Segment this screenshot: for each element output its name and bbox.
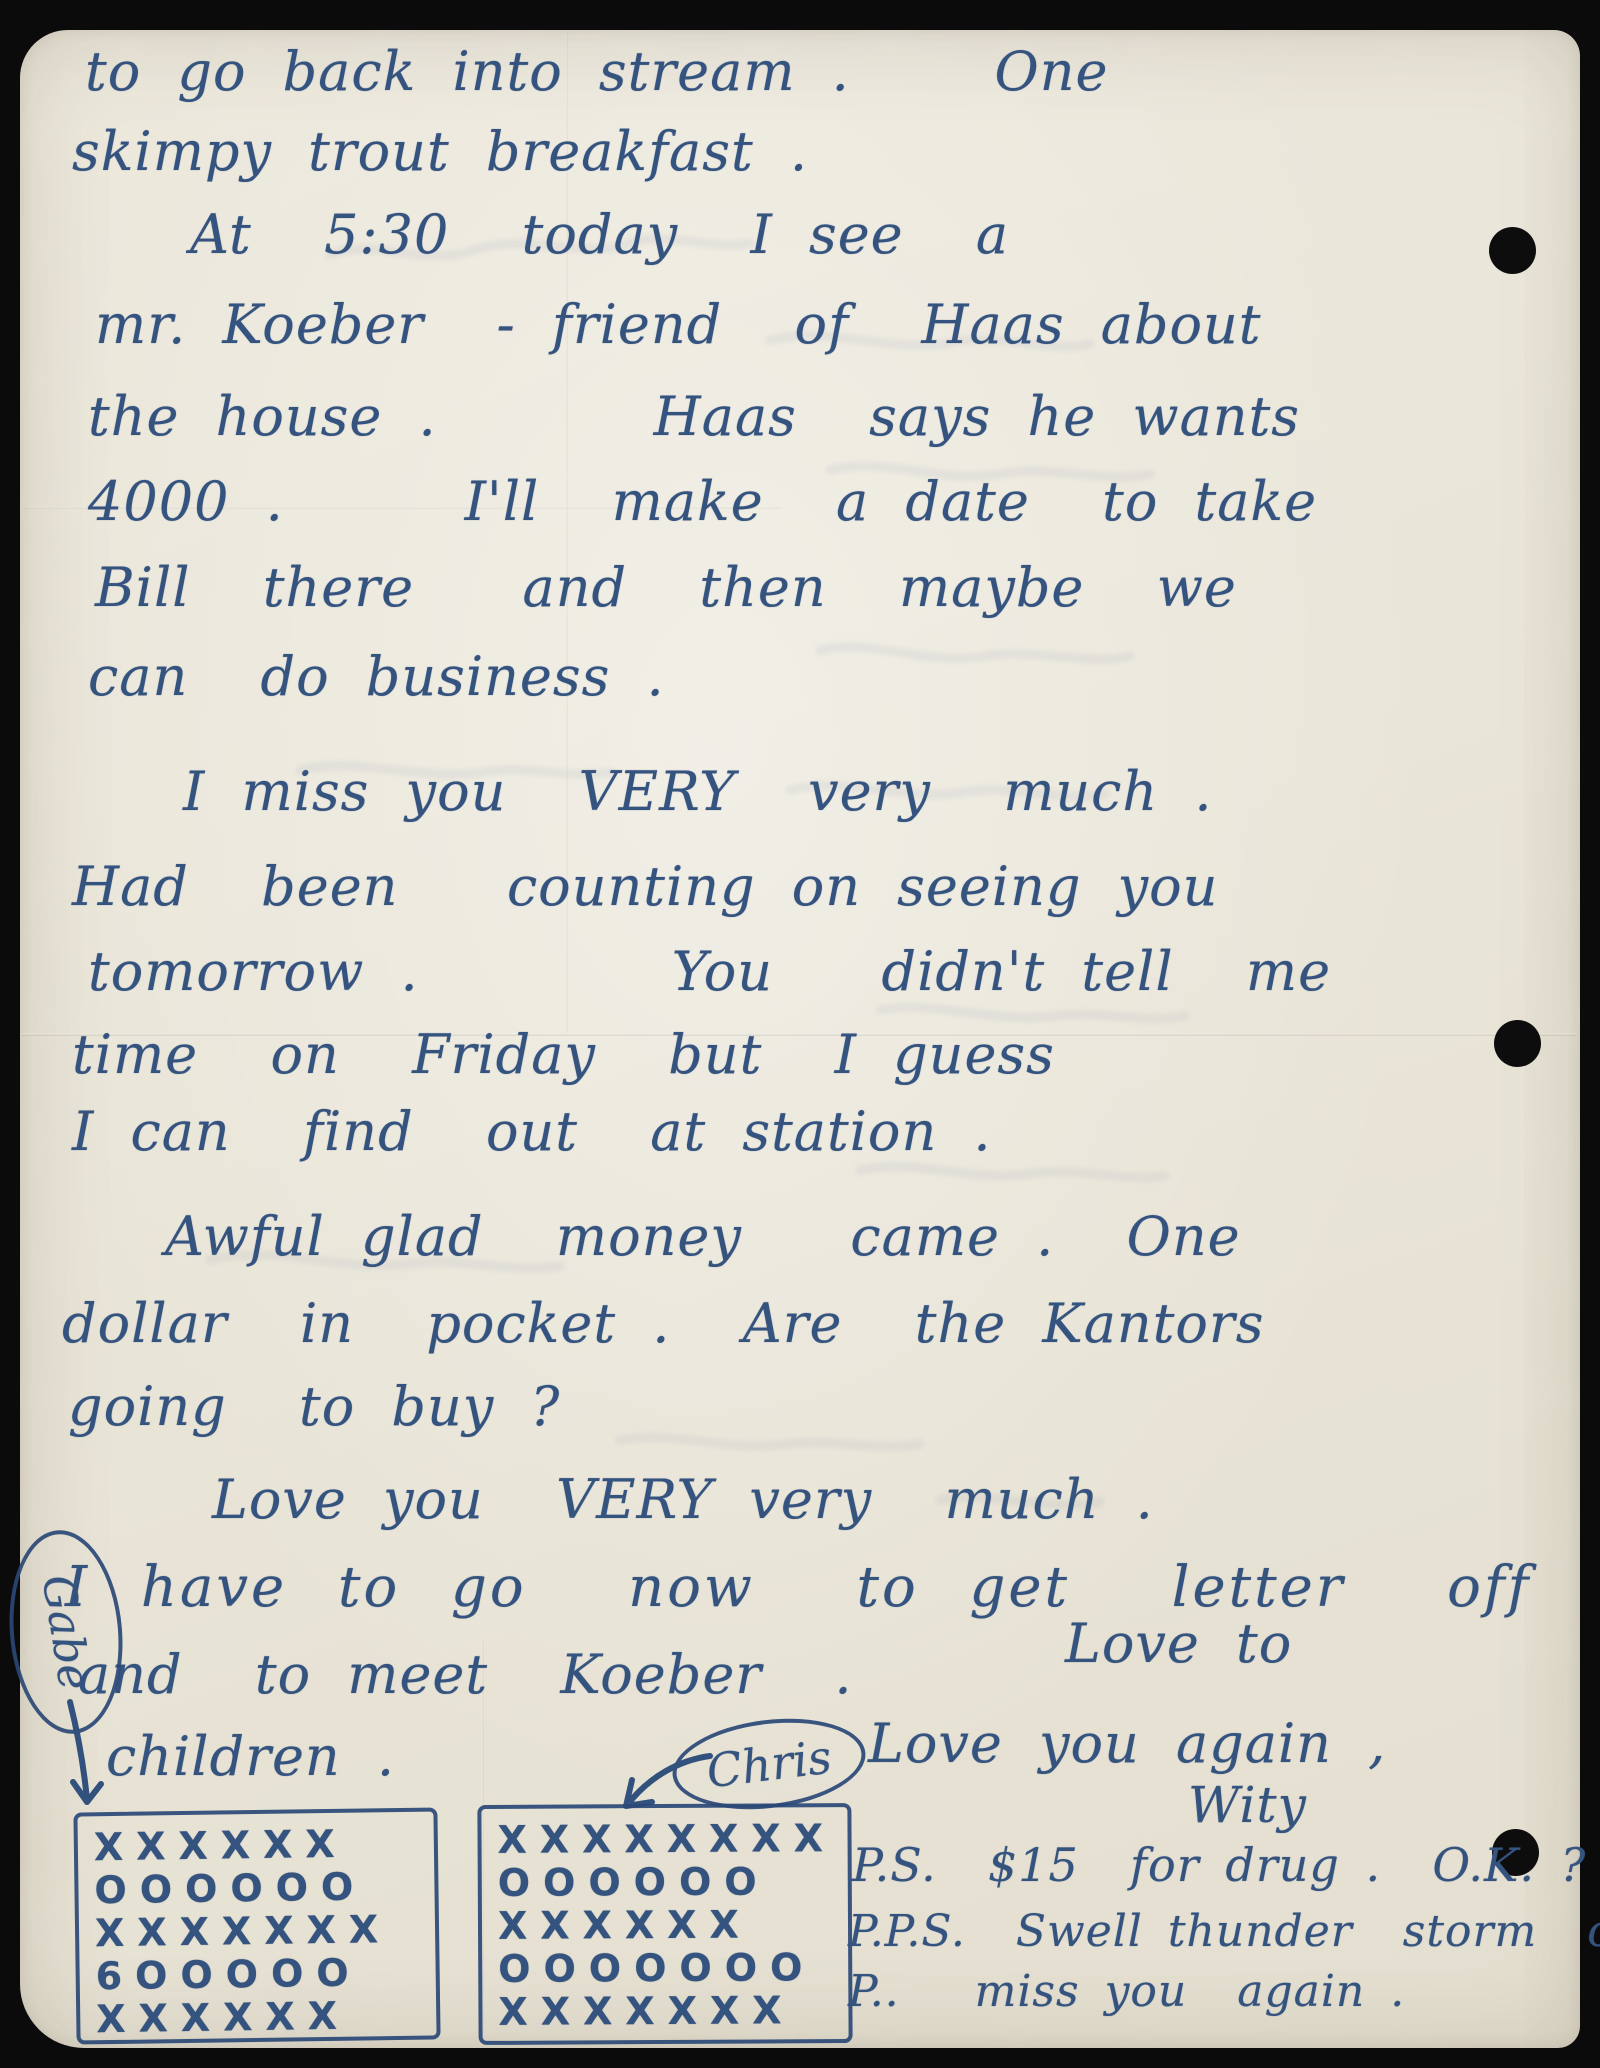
xo-row: XXXXXXXX xyxy=(497,1817,847,1862)
letter-line: 4000 . I'll make a date to take xyxy=(88,470,1317,533)
letter-line: mr. Koeber - friend of Haas about xyxy=(95,293,1262,356)
closing-love-to: Love to xyxy=(1065,1612,1292,1675)
signature: Wity xyxy=(1188,1776,1307,1834)
xo-row: OOOOOO xyxy=(498,1860,848,1905)
xo-row: 6OOOOO xyxy=(95,1951,436,1999)
letter-line: the house . Haas says he wants xyxy=(88,385,1300,448)
letter-line: to go back into stream . One xyxy=(85,40,1109,103)
xo-row: XXXXXXX xyxy=(95,1908,436,1956)
chris-label: Chris xyxy=(704,1730,835,1799)
gabe-label: Gabe xyxy=(32,1571,100,1693)
closing-love-again: Love you again , xyxy=(868,1712,1386,1775)
letter-line: I miss you VERY very much . xyxy=(183,760,1213,823)
postscript-line: P.P.S. Swell thunder storm out . xyxy=(848,1906,1600,1957)
hole-punch-top xyxy=(1489,227,1536,274)
kiss-hug-box-chris: XXXXXXXX OOOOOO XXXXXX OOOOOOO XXXXXXX xyxy=(477,1803,852,2045)
letter-line: I can find out at station . xyxy=(72,1100,992,1163)
letter-line: Bill there and then maybe we xyxy=(95,556,1237,619)
letter-line: Awful glad money came . One xyxy=(165,1205,1241,1268)
closing-and-to-meet: and to meet Koeber . xyxy=(78,1643,853,1706)
letter-line: Had been counting on seeing you xyxy=(72,855,1218,918)
closing-children: children . xyxy=(106,1725,395,1788)
postscript-line: P.. miss you again . xyxy=(848,1966,1405,2017)
kiss-hug-box-gabe: XXXXXX OOOOOO XXXXXXX 6OOOOO XXXXXX xyxy=(73,1807,440,2044)
letter-line: dollar in pocket . Are the Kantors xyxy=(62,1292,1264,1355)
letter-line: At 5:30 today I see a xyxy=(190,203,1009,266)
postscript-line: P.S. $15 for drug . O.K. ? xyxy=(852,1838,1586,1892)
letter-line: skimpy trout breakfast . xyxy=(72,120,808,183)
gabe-arrow xyxy=(45,1700,125,1830)
letter-line: Love you VERY very much . xyxy=(212,1468,1154,1531)
xo-row: OOOOOO xyxy=(94,1865,435,1913)
letter-line: can do business . xyxy=(88,645,665,708)
letter-line: I have to go now to get letter off xyxy=(65,1555,1531,1620)
xo-row: XXXXXX xyxy=(498,1903,848,1948)
xo-row: XXXXXX xyxy=(96,1994,437,2042)
xo-row: XXXXXX xyxy=(94,1822,435,1870)
letter-line: tomorrow . You didn't tell me xyxy=(88,940,1331,1003)
letter-line: time on Friday but I guess xyxy=(72,1023,1055,1086)
hole-punch-middle xyxy=(1494,1020,1541,1067)
xo-row: XXXXXXX xyxy=(498,1989,848,2034)
xo-row: OOOOOOO xyxy=(498,1946,848,1991)
letter-line: going to buy ? xyxy=(68,1375,560,1438)
